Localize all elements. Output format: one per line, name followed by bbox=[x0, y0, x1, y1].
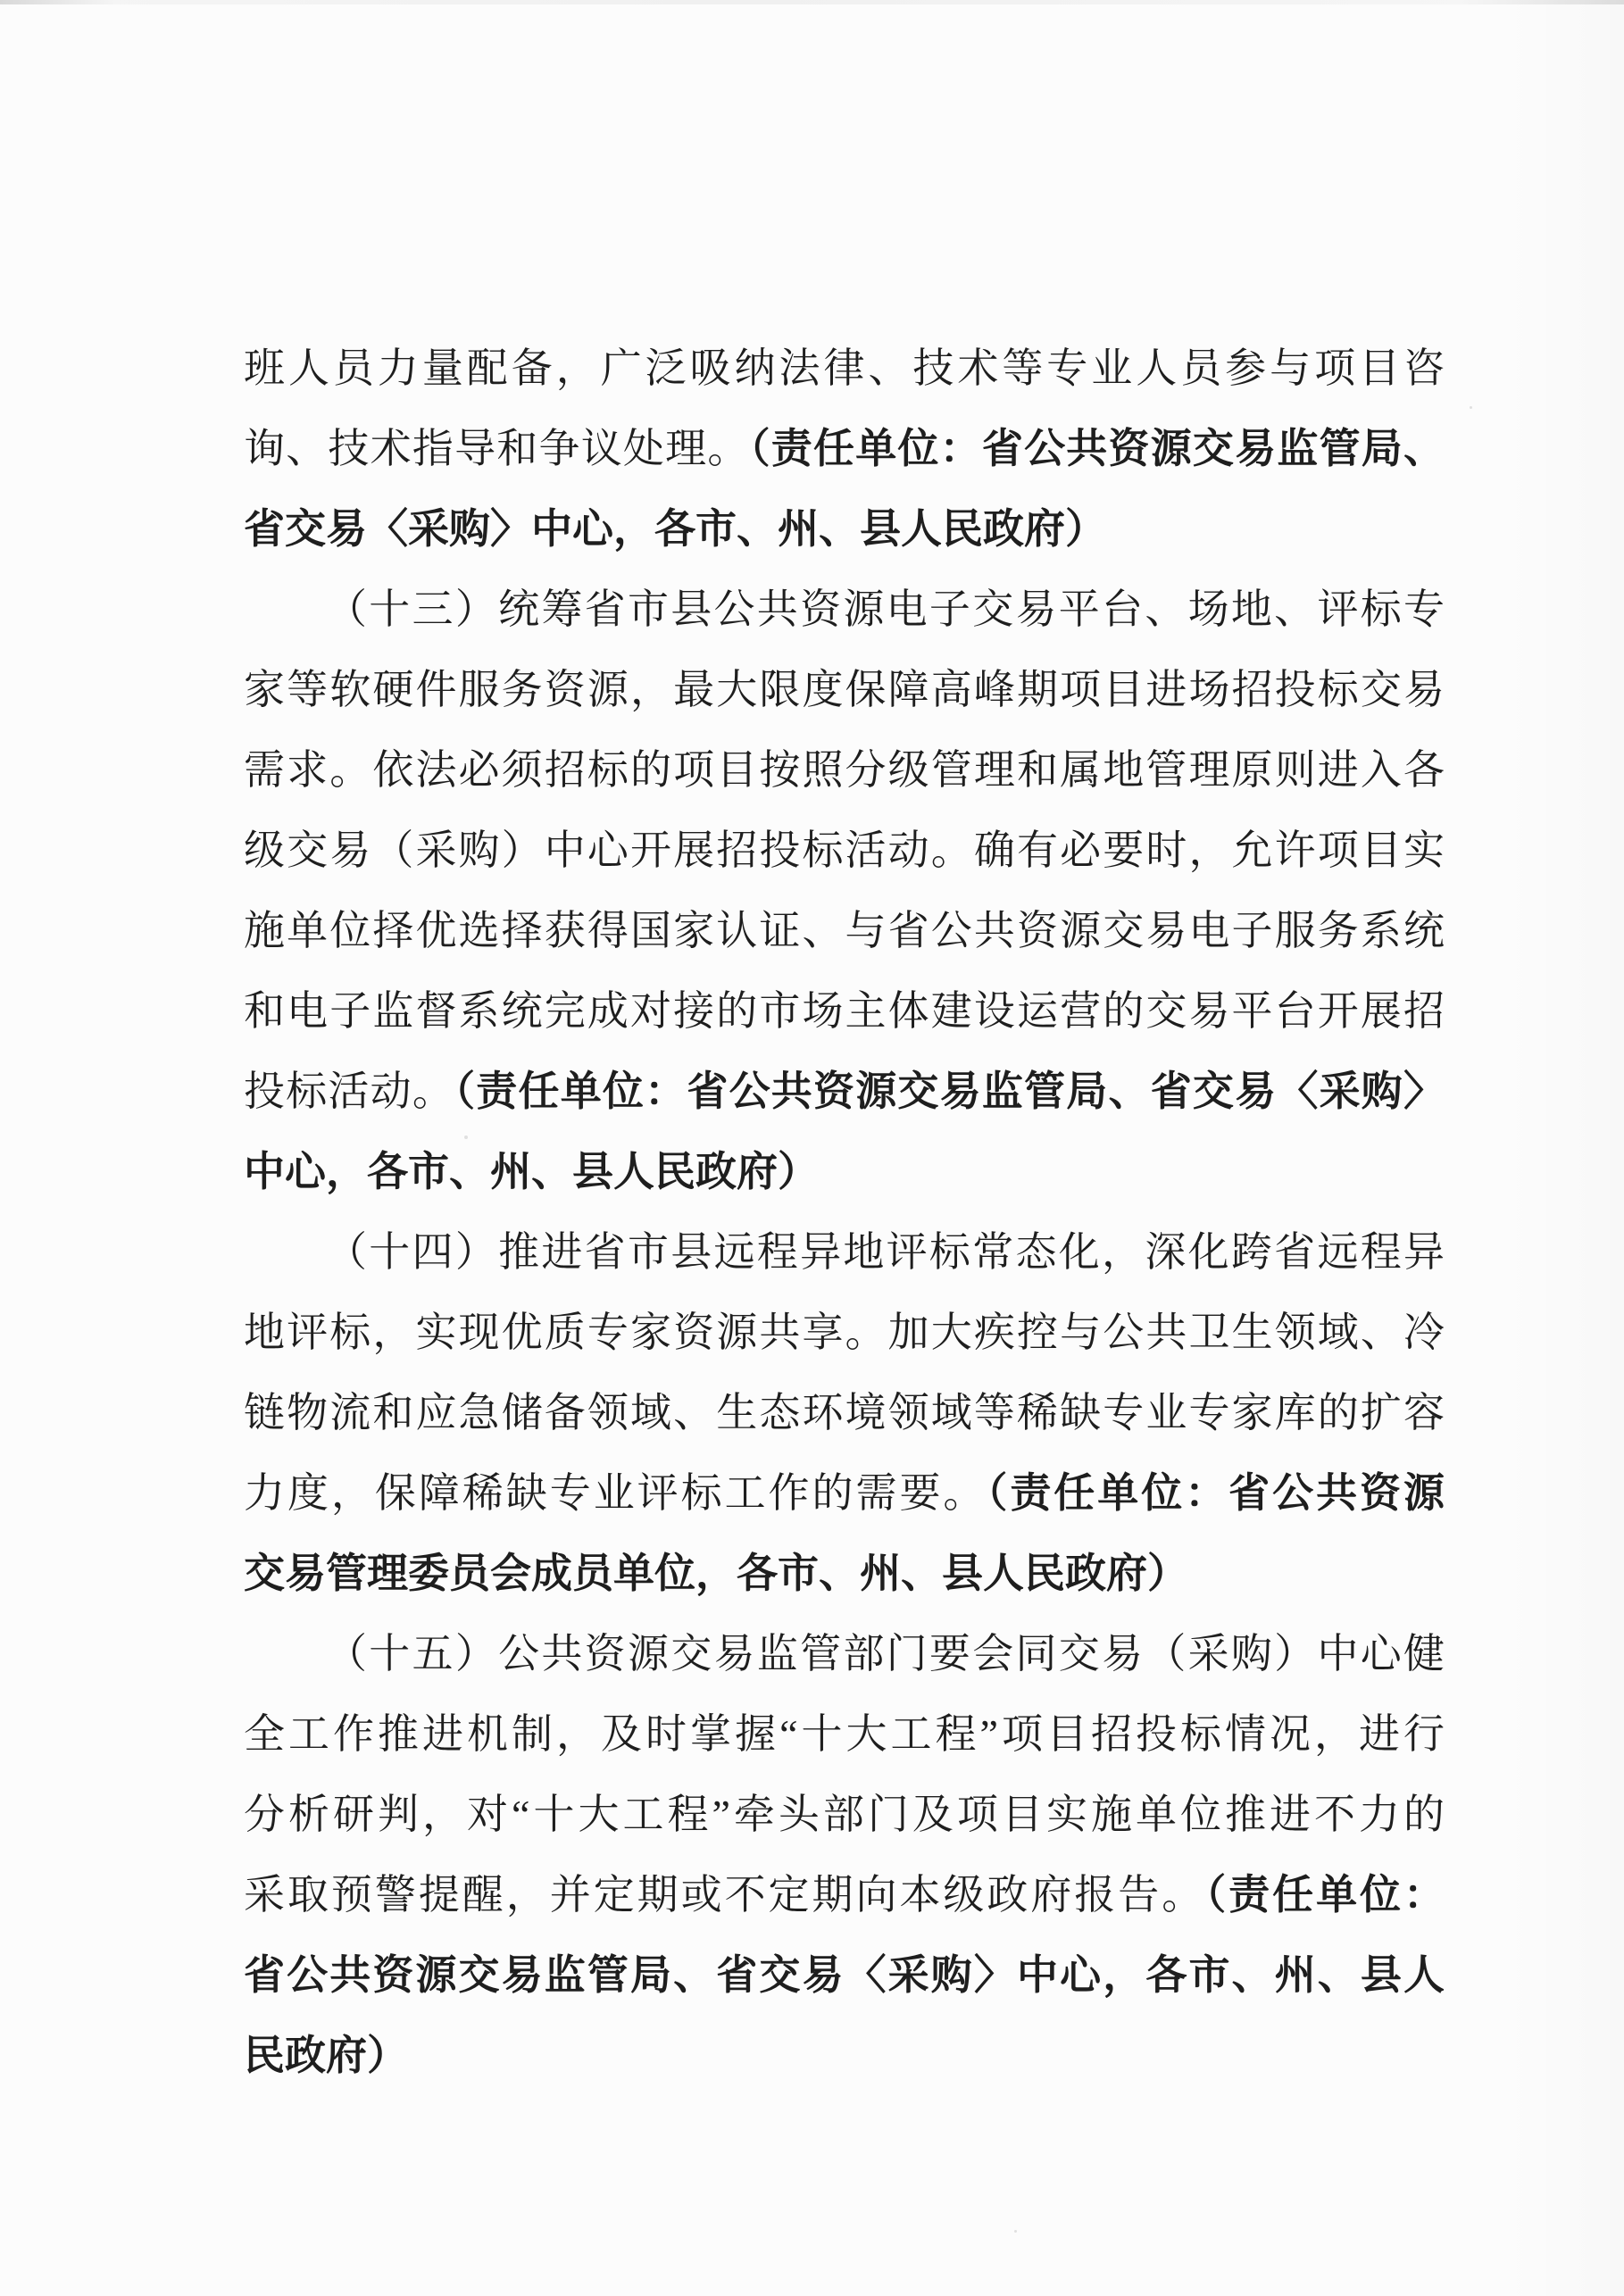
responsible-unit-text: 省交易〈采购〉中心，各市、州、县人民政府） bbox=[244, 506, 1106, 552]
responsible-unit-text: 民政府） bbox=[244, 2033, 408, 2078]
scan-speck bbox=[1470, 406, 1472, 409]
text-line: 采取预警提醒，并定期或不定期向本级政府报告。（责任单位： bbox=[244, 1855, 1445, 1935]
text-segment: 分析研判，对“十大工程”牵头部门及项目实施单位推进不力的 bbox=[244, 1792, 1445, 1837]
text-segment: 和电子监督系统完成对接的市场主体建设运营的交易平台开展招 bbox=[244, 988, 1445, 1034]
text-segment: 需求。依法必须招标的项目按照分级管理和属地管理原则进入各 bbox=[244, 747, 1445, 793]
text-line: 投标活动。（责任单位：省公共资源交易监管局、省交易〈采购〉 bbox=[244, 1052, 1445, 1132]
text-line: 和电子监督系统完成对接的市场主体建设运营的交易平台开展招 bbox=[244, 971, 1445, 1052]
responsible-unit-text: （责任单位：省公共资源交易监管局、 bbox=[750, 426, 1445, 471]
text-line: 级交易（采购）中心开展招投标活动。确有必要时，允许项目实 bbox=[244, 811, 1445, 891]
text-line: 询、技术指导和争议处理。（责任单位：省公共资源交易监管局、 bbox=[244, 409, 1445, 489]
responsible-unit-text: 省公共资源交易监管局、省交易〈采购〉中心，各市、州、县人 bbox=[244, 1952, 1445, 1998]
text-line: 省公共资源交易监管局、省交易〈采购〉中心，各市、州、县人 bbox=[244, 1935, 1445, 2016]
text-line: 全工作推进机制，及时掌握“十大工程”项目招投标情况，进行 bbox=[244, 1694, 1445, 1775]
responsible-unit-text: 交易管理委员会成员单位，各市、州、县人民政府） bbox=[244, 1551, 1188, 1596]
text-segment: （十四）推进省市县远程异地评标常态化，深化跨省远程异 bbox=[326, 1229, 1445, 1275]
responsible-unit-text: （责任单位：省公共资源交易监管局、省交易〈采购〉 bbox=[454, 1069, 1445, 1114]
text-line: 需求。依法必须招标的项目按照分级管理和属地管理原则进入各 bbox=[244, 730, 1445, 811]
text-segment: 力度，保障稀缺专业评标工作的需要。 bbox=[244, 1470, 987, 1516]
text-line: 施单位择优选择获得国家认证、与省公共资源交易电子服务系统 bbox=[244, 891, 1445, 971]
text-segment: 链物流和应急储备领域、生态环境领域等稀缺专业专家库的扩容 bbox=[244, 1390, 1445, 1435]
text-line: 链物流和应急储备领域、生态环境领域等稀缺专业专家库的扩容 bbox=[244, 1373, 1445, 1453]
text-line-paragraph-13-start: （十三）统筹省市县公共资源电子交易平台、场地、评标专 bbox=[244, 570, 1445, 650]
scanned-page: 班人员力量配备，广泛吸纳法律、技术等专业人员参与项目咨 询、技术指导和争议处理。… bbox=[0, 0, 1624, 2296]
text-line: 分析研判，对“十大工程”牵头部门及项目实施单位推进不力的 bbox=[244, 1775, 1445, 1855]
text-segment: （十五）公共资源交易监管部门要会同交易（采购）中心健 bbox=[326, 1631, 1445, 1676]
document-body: 班人员力量配备，广泛吸纳法律、技术等专业人员参与项目咨 询、技术指导和争议处理。… bbox=[244, 329, 1445, 2096]
responsible-unit-text: 中心，各市、州、县人民政府） bbox=[244, 1149, 819, 1194]
text-line: 省交易〈采购〉中心，各市、州、县人民政府） bbox=[244, 489, 1445, 570]
text-segment: 采取预警提醒，并定期或不定期向本级政府报告。 bbox=[244, 1872, 1205, 1917]
scan-edge-artifact bbox=[0, 0, 1624, 4]
text-line-paragraph-15-start: （十五）公共资源交易监管部门要会同交易（采购）中心健 bbox=[244, 1614, 1445, 1694]
text-line: 中心，各市、州、县人民政府） bbox=[244, 1132, 1445, 1212]
text-segment: 班人员力量配备，广泛吸纳法律、技术等专业人员参与项目咨 bbox=[244, 345, 1445, 391]
text-line: 民政府） bbox=[244, 2016, 1445, 2096]
text-segment: 家等软硬件服务资源，最大限度保障高峰期项目进场招投标交易 bbox=[244, 667, 1445, 712]
text-line: 交易管理委员会成员单位，各市、州、县人民政府） bbox=[244, 1534, 1445, 1614]
text-line-paragraph-14-start: （十四）推进省市县远程异地评标常态化，深化跨省远程异 bbox=[244, 1212, 1445, 1293]
text-line: 力度，保障稀缺专业评标工作的需要。（责任单位：省公共资源 bbox=[244, 1453, 1445, 1534]
scan-shading bbox=[1499, 0, 1624, 2296]
text-line: 家等软硬件服务资源，最大限度保障高峰期项目进场招投标交易 bbox=[244, 650, 1445, 730]
text-segment: 级交易（采购）中心开展招投标活动。确有必要时，允许项目实 bbox=[244, 828, 1445, 873]
text-segment: （十三）统筹省市县公共资源电子交易平台、场地、评标专 bbox=[326, 586, 1445, 632]
text-segment: 全工作推进机制，及时掌握“十大工程”项目招投标情况，进行 bbox=[244, 1711, 1445, 1757]
text-line: 班人员力量配备，广泛吸纳法律、技术等专业人员参与项目咨 bbox=[244, 329, 1445, 409]
text-segment: 投标活动。 bbox=[244, 1069, 454, 1114]
responsible-unit-text: （责任单位：省公共资源 bbox=[987, 1470, 1445, 1516]
scan-speck bbox=[1014, 2230, 1017, 2233]
text-segment: 询、技术指导和争议处理。 bbox=[244, 426, 750, 471]
text-segment: 施单位择优选择获得国家认证、与省公共资源交易电子服务系统 bbox=[244, 908, 1445, 953]
text-segment: 地评标，实现优质专家资源共享。加大疾控与公共卫生领域、冷 bbox=[244, 1310, 1445, 1355]
responsible-unit-text: （责任单位： bbox=[1205, 1872, 1445, 1917]
text-line: 地评标，实现优质专家资源共享。加大疾控与公共卫生领域、冷 bbox=[244, 1293, 1445, 1373]
